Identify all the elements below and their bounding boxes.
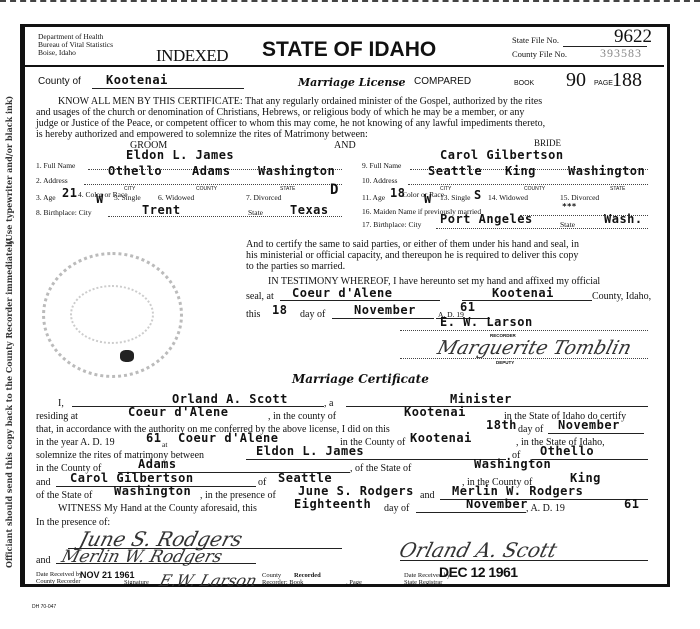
officiant-title: Minister [450,392,512,406]
groom-name-label: 1. Full Name [36,161,75,170]
witness-year: 61 [624,497,639,511]
page-title: STATE OF IDAHO [262,38,436,62]
bride-maiden: *** [562,202,576,211]
county-idaho-label: County, Idaho, [592,291,651,302]
deputy-signature: Marguerite Tomblin [435,337,634,359]
solemnize-label: solemnize the rites of matrimony between [36,450,204,461]
seal-mark [120,350,134,362]
witness-month: November [466,497,528,511]
state-file-number: 9622 [614,26,652,48]
state-received-stamp: DEC 12 1961 [439,564,518,580]
groom-birth-state-label: State [248,208,263,217]
bride-address-label: 10. Address [362,176,397,185]
groom-county-caption: COUNTY [196,186,217,192]
witness-day-of-label: day of [384,503,409,514]
day-of-label: day of [300,309,325,320]
book-label: BOOK [514,80,534,87]
state-registrar-label: State Registrar [404,579,442,586]
recorder-name: E. W. Larson [440,315,533,329]
cert-i-label: I, [58,398,64,409]
groom-race: W [96,192,104,206]
page-label: PAGE [594,80,613,87]
ceremony-city: Coeur d'Alene [178,431,278,445]
testimony-month: November [354,303,416,317]
bride-county-caption: COUNTY [524,186,545,192]
groom-age: 21 [62,186,77,200]
license-title: Marriage License [298,76,406,89]
date-received-label: Date Received by [36,571,82,578]
groom-county: Adams [192,164,231,178]
presence-label: , in the presence of [200,490,276,501]
bride-state-of-label: of the State of [36,490,92,501]
margin-note-typewriter: (Use typewriter and/or black ink) [4,96,14,245]
groom-state-label: , of the State of [350,463,411,474]
top-perforation [0,0,700,5]
county-recorded-label-2: Recorded [294,572,321,579]
agency-line-3: Boise, Idaho [38,49,113,57]
bride-birth-state-label: State [560,220,575,229]
bride-age-label: 11. Age [362,193,385,202]
county-value: Kootenai [106,73,168,87]
county-recorded-label-1: County [262,572,281,579]
bride-single: S [474,188,482,202]
witness-ad-label: , A. D. 19 [526,503,565,514]
cert-bride-name: Carol Gilbertson [70,471,194,485]
cert-a-label: , a [324,398,333,409]
cert-groom-county: Adams [138,457,177,471]
cert-groom-city: Othello [540,444,594,458]
cert-groom-name: Eldon L. James [256,444,364,458]
cert-bride-city: Seattle [278,471,332,485]
groom-city: Othello [108,164,162,178]
seal-at-label: seal, at [246,291,274,302]
margin-note-officiant: Officiant should send this copy back to … [4,238,14,568]
state-file-label: State File No. [512,35,559,45]
preamble: KNOW ALL MEN BY THIS CERTIFICATE: That a… [36,96,656,140]
bride-divorced-label: 15. Divorced [560,193,599,202]
groom-state-caption: STATE [280,186,295,192]
witness-day: Eighteenth [294,497,371,511]
bride-name: Carol Gilbertson [440,148,564,162]
cert-groom-state: Washington [474,457,551,471]
ceremony-day: 18th [486,418,517,432]
deputy-label: DEPUTY [496,360,514,365]
cert-bride-county: King [570,471,601,485]
cert-bride-state: Washington [114,484,191,498]
bride-birthplace-label: 17. Birthplace: City [362,220,421,229]
bride-single-label: 13. Single [440,193,470,202]
residing-county-label: , in the county of [268,411,336,422]
ceremony-county: Kootenai [410,431,472,445]
this-label: this [246,309,260,320]
witness1-typed: June S. Rodgers [298,484,414,498]
testimony-day: 18 [272,303,287,317]
form-number: DH 70-047 [32,604,56,610]
ceremony-month: November [558,418,620,432]
witness2-and-label: and [36,555,50,566]
officiant-name: Orland A. Scott [172,392,288,406]
residing-county: Kootenai [404,405,466,419]
bride-name-label: 9. Full Name [362,161,401,170]
residing-label: residing at [36,411,78,422]
groom-widowed-label: 6. Widowed [158,193,194,202]
witness2-typed: Merlin W. Rodgers [452,484,583,498]
groom-birthplace-label: 8. Birthplace: City [36,208,92,217]
bride-city: Seattle [428,164,482,178]
indexed-stamp: INDEXED [156,46,228,66]
bride-race: W [424,192,432,206]
bride-county: King [505,164,536,178]
county-label: County of [38,76,81,87]
bride-state-caption: STATE [610,186,625,192]
residing-city: Coeur d'Alene [128,405,228,419]
bride-birth-city: Port Angeles [440,212,533,226]
groom-marital-status: D [330,182,338,198]
cert-and-label: and [36,477,50,488]
officiant-signature: Orland A. Scott [397,538,560,562]
witness2-signature: Merlin W. Rodgers [59,547,224,567]
witness-and-label: and [420,490,434,501]
bride-state: Washington [568,164,645,178]
signature-label: Signature [124,579,149,586]
certificate-title: Marriage Certificate [292,372,429,386]
groom-birth-state: Texas [290,203,329,217]
compared-stamp: COMPARED [414,76,471,87]
witness-text: WITNESS My Hand at the County aforesaid,… [58,503,257,514]
groom-age-label: 3. Age [36,193,56,202]
recorder-book-label: Recorder; Book [262,579,303,586]
certify-text: And to certify the same to said parties,… [246,239,579,272]
county-file-label: County File No. [512,49,567,59]
and-heading: AND [334,140,356,151]
bride-widowed-label: 14. Widowed [488,193,528,202]
bride-birth-state: Wash. [604,212,643,226]
book-number: 90 [566,69,586,92]
recorder-signature: E.W. Larson [157,571,259,590]
county-seal-inner [70,285,154,344]
seal-city: Coeur d'Alene [292,286,392,300]
recorder-page-label: , Page [346,579,362,586]
year-label: in the year A. D. 19 [36,437,115,448]
cert-bride-of-label: of [258,477,266,488]
ceremony-at-label: at [162,440,167,449]
county-recorder-label: County Recorder [36,578,82,585]
groom-birth-city: Trent [142,203,181,217]
groom-state: Washington [258,164,335,178]
seal-county: Kootenai [492,286,554,300]
testimony-year: 61 [460,300,475,314]
page-number: 188 [612,69,642,92]
ceremony-day-of-label: day of [518,424,543,435]
ceremony-year: 61 [146,431,161,445]
groom-divorced-label: 7. Divorced [246,193,281,202]
date-received-block: Date Received by County Recorder [36,571,82,585]
groom-single-label: 5. Single [114,193,141,202]
groom-name: Eldon L. James [126,148,234,162]
agency-block: Department of Health Bureau of Vital Sta… [38,33,113,57]
groom-address-label: 2. Address [36,176,68,185]
county-file-number: 393583 [600,46,642,61]
bride-heading: BRIDE [534,138,561,148]
